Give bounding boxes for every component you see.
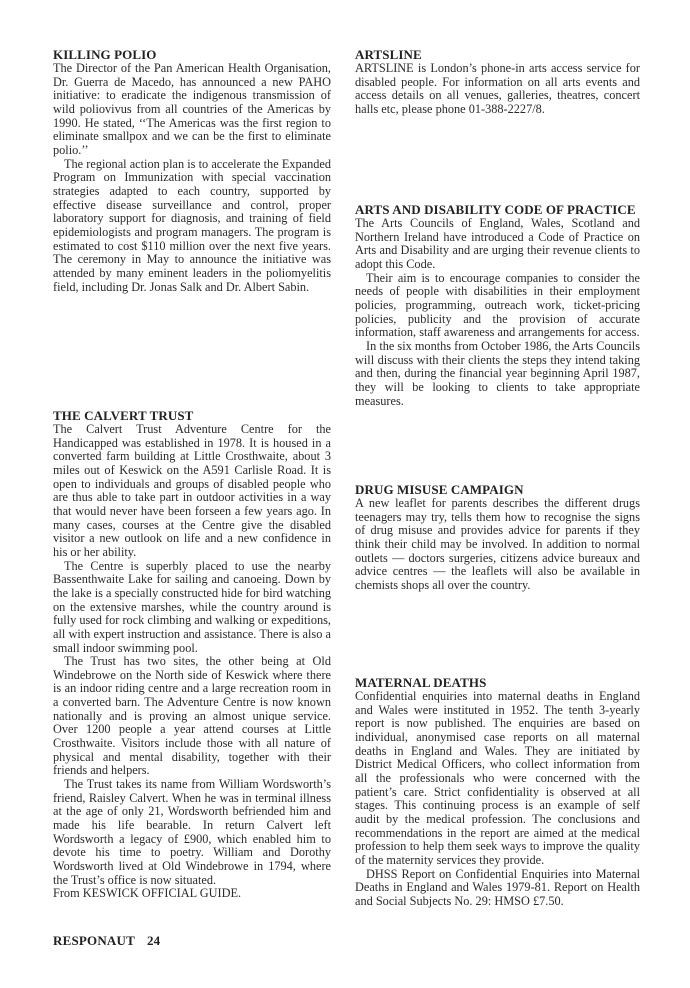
article-title: MATERNAL DEATHS [355,676,640,690]
article-paragraph: The Trust has two sites, the other being… [53,655,331,778]
article-title: ARTSLINE [355,48,640,62]
article-paragraph: The Calvert Trust Adventure Centre for t… [53,423,331,560]
article-source: From KESWICK OFFICIAL GUIDE. [53,887,331,901]
article-title: ARTS AND DISABILITY CODE OF PRACTICE [355,203,640,217]
article-paragraph: The regional action plan is to accelerat… [53,158,331,295]
article-paragraph: Their aim is to encourage companies to c… [355,272,640,340]
article-killing-polio: KILLING POLIO The Director of the Pan Am… [53,48,331,294]
article-artsline: ARTSLINE ARTSLINE is London’s phone-in a… [355,48,640,117]
article-paragraph: The Trust takes its name from William Wo… [53,778,331,887]
article-paragraph: ARTSLINE is London’s phone-in arts acces… [355,62,640,117]
article-title: DRUG MISUSE CAMPAIGN [355,483,640,497]
article-drug-misuse: DRUG MISUSE CAMPAIGN A new leaflet for p… [355,483,640,593]
article-paragraph: DHSS Report on Confidential Enquiries in… [355,868,640,909]
article-paragraph: The Director of the Pan American Health … [53,62,331,158]
article-paragraph: Confidential enquiries into maternal dea… [355,690,640,868]
article-maternal-deaths: MATERNAL DEATHS Confidential enquiries i… [355,676,640,909]
article-title: KILLING POLIO [53,48,331,62]
page-footer: RESPONAUT24 [53,933,160,949]
article-calvert-trust: THE CALVERT TRUST The Calvert Trust Adve… [53,409,331,901]
article-arts-disability-code: ARTS AND DISABILITY CODE OF PRACTICE The… [355,203,640,408]
article-paragraph: The Centre is superbly placed to use the… [53,560,331,656]
page-number: 24 [147,933,160,948]
article-title: THE CALVERT TRUST [53,409,331,423]
publication-name: RESPONAUT [53,933,135,948]
article-paragraph: A new leaflet for parents describes the … [355,497,640,593]
article-paragraph: The Arts Councils of England, Wales, Sco… [355,217,640,272]
article-paragraph: In the six months from October 1986, the… [355,340,640,408]
